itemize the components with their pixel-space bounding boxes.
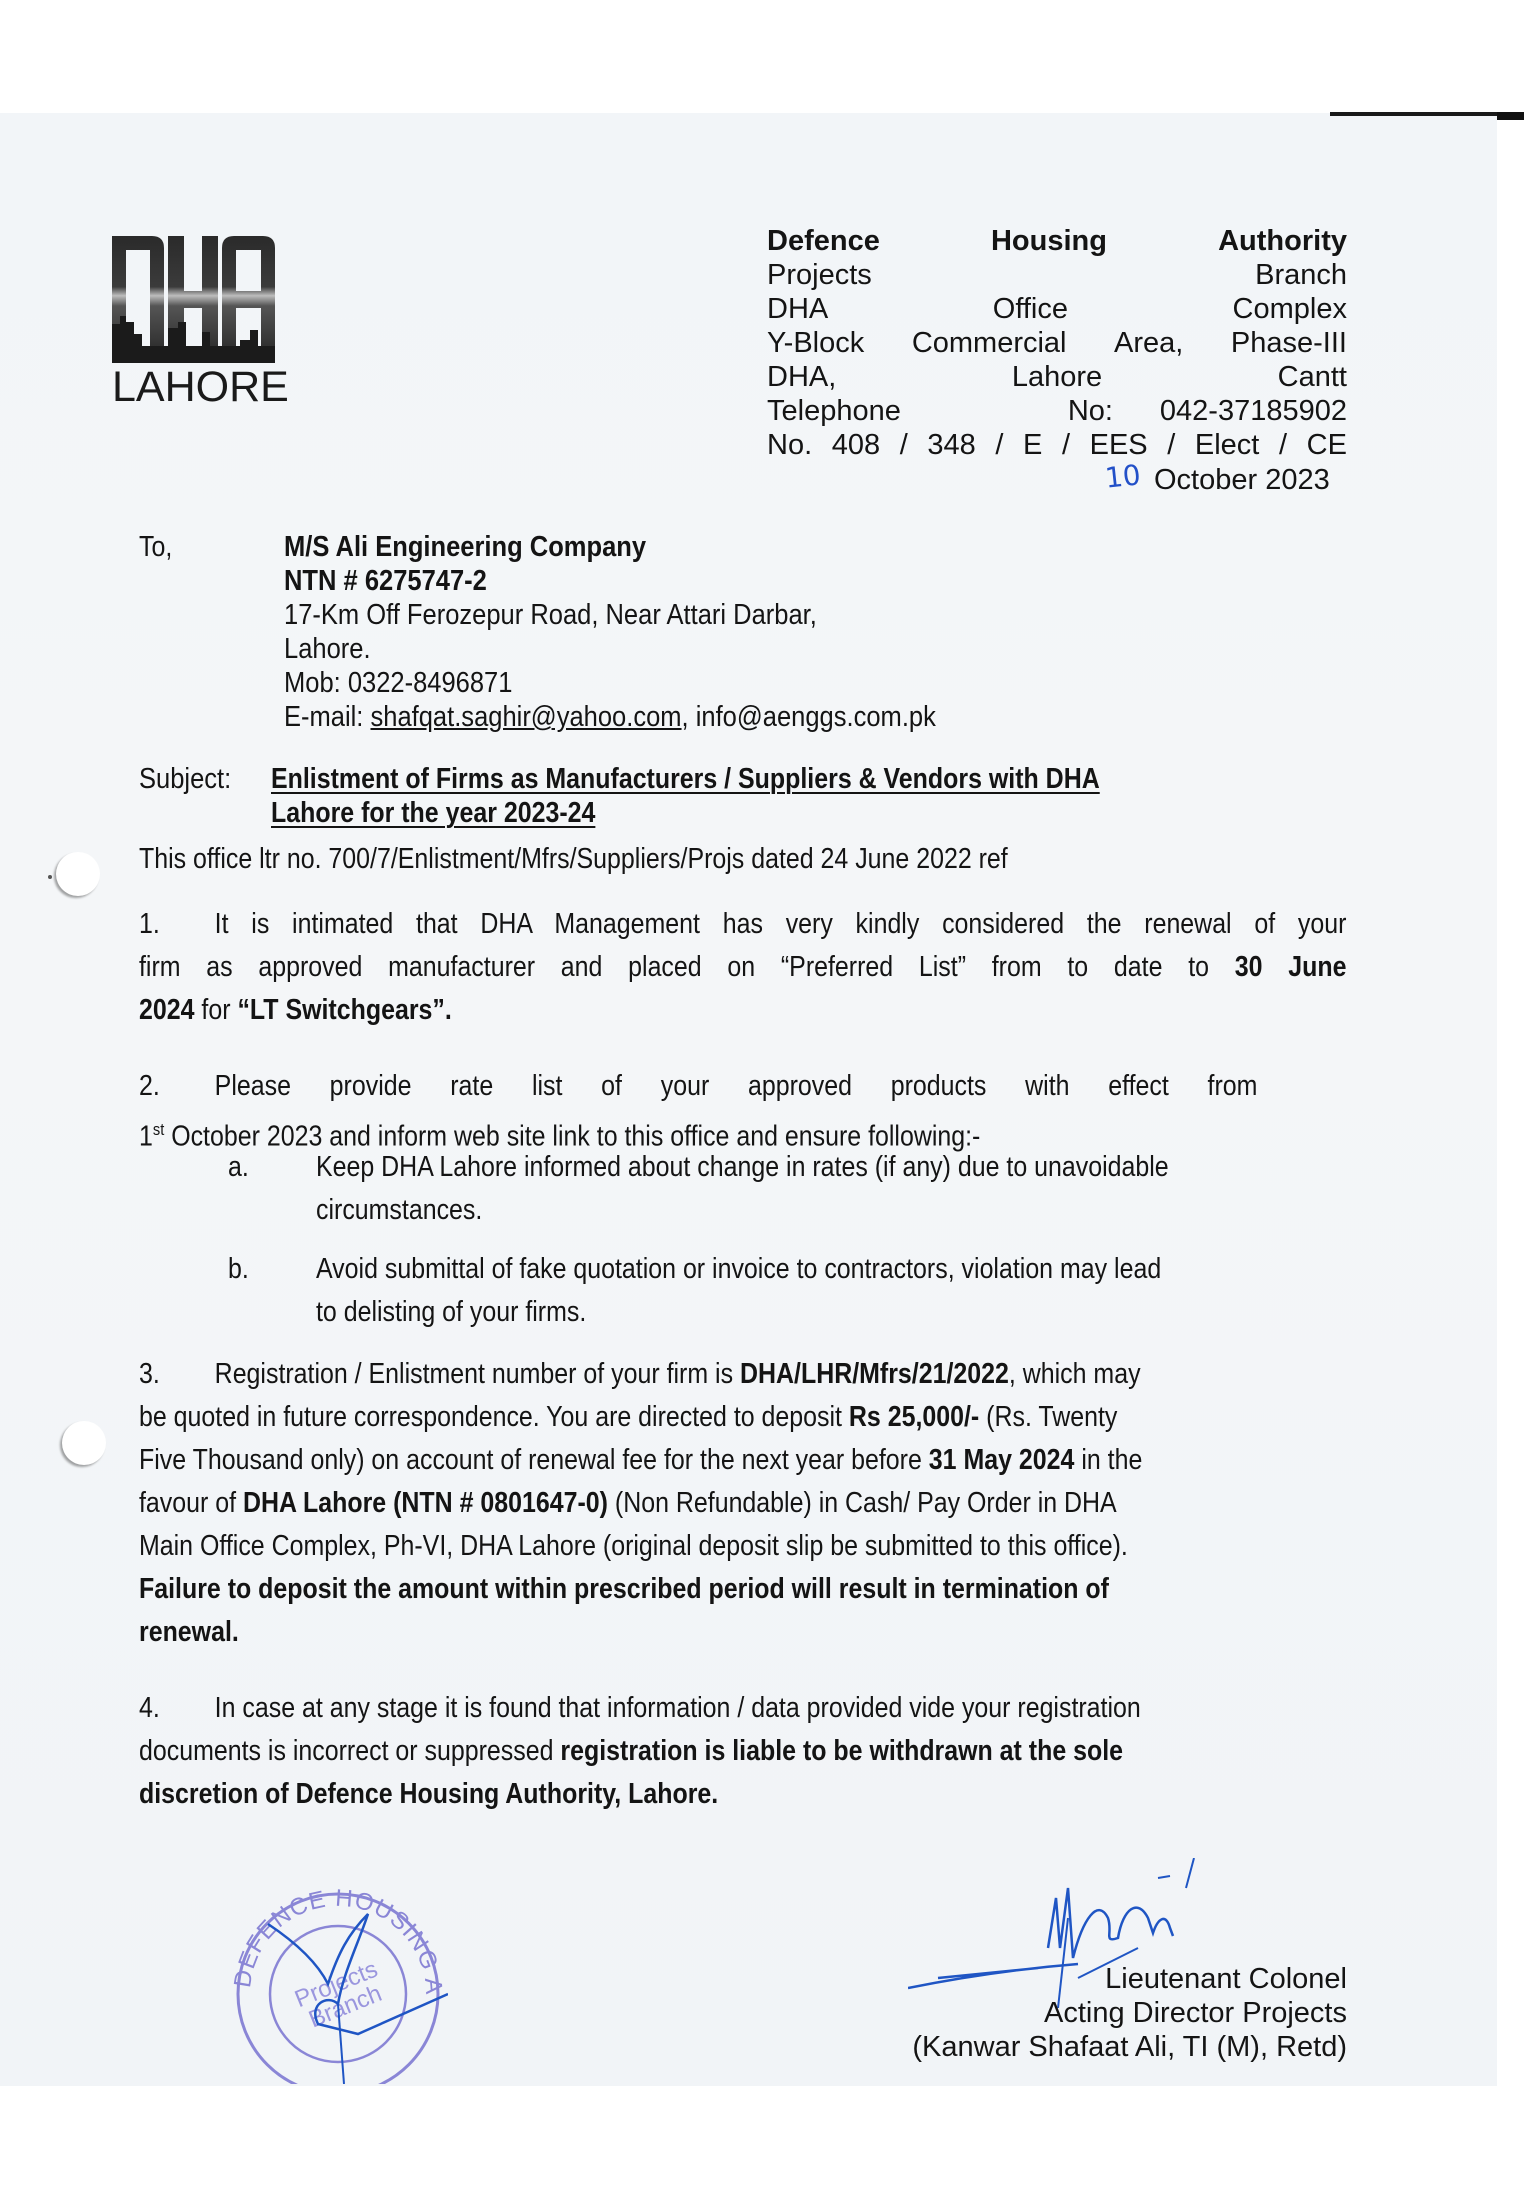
p3-warning: Failure to deposit the amount within pre… bbox=[139, 1568, 1109, 1611]
p2-text: 1st October 2023 and inform web site lin… bbox=[139, 1108, 980, 1151]
dha-skyline-logo-icon bbox=[112, 236, 275, 363]
lh-word: No. bbox=[767, 428, 812, 462]
registration-number: DHA/LHR/Mfrs/21/2022 bbox=[740, 1353, 1009, 1396]
scan-speck bbox=[48, 875, 52, 879]
lh-word: Phase-III bbox=[1231, 326, 1347, 360]
recipient-address-line1: 17-Km Off Ferozepur Road, Near Attari Da… bbox=[284, 598, 817, 632]
lh-word: Housing bbox=[991, 224, 1107, 258]
punch-hole bbox=[56, 852, 100, 896]
paragraph-number: 4. bbox=[139, 1687, 215, 1730]
lh-word: Commercial bbox=[912, 326, 1067, 360]
lh-word: EES bbox=[1090, 428, 1148, 462]
dha-logo: LAHORE bbox=[112, 236, 275, 409]
letterhead-line-block: Y-Block Commercial Area, Phase-III bbox=[767, 326, 1347, 360]
p1-bold-year: 2024 bbox=[139, 989, 194, 1032]
p3-line1: 3.Registration / Enlistment number of yo… bbox=[139, 1353, 1346, 1396]
paragraph-number: 1. bbox=[139, 903, 215, 946]
paragraph-3: 3.Registration / Enlistment number of yo… bbox=[139, 1353, 1346, 1654]
sub-item-b-line2: to delisting of your firms. bbox=[316, 1291, 1348, 1334]
subject-line2: Lahore for the year 2023-24 bbox=[271, 796, 595, 830]
p4-segment: documents is incorrect or suppressed bbox=[139, 1730, 560, 1773]
punch-hole bbox=[62, 1421, 106, 1465]
letterhead-line-city: DHA, Lahore Cantt bbox=[767, 360, 1347, 394]
letterhead-line-branch: Projects Branch bbox=[767, 258, 1347, 292]
sub-item-a-label: a. bbox=[228, 1146, 249, 1189]
email-label: E-mail: bbox=[284, 701, 371, 733]
lh-word: / bbox=[1062, 428, 1070, 462]
p4-warning: discretion of Defence Housing Authority,… bbox=[139, 1773, 718, 1816]
letter-date: October 2023 bbox=[1154, 463, 1330, 497]
recipient-ntn: NTN # 6275747-2 bbox=[284, 564, 487, 598]
sub-item-b-line1: Avoid submittal of fake quotation or inv… bbox=[316, 1248, 1348, 1291]
lh-word: DHA bbox=[767, 292, 828, 326]
paragraph-number: 2. bbox=[139, 1065, 215, 1108]
paragraph-4: 4.In case at any stage it is found that … bbox=[139, 1687, 1346, 1816]
letterhead-line-reference-number: No. 408 / 348 / E / EES / Elect / CE bbox=[767, 428, 1347, 462]
letterhead-line-office: DHA Office Complex bbox=[767, 292, 1347, 326]
p2-superscript: st bbox=[153, 1120, 164, 1139]
reference-line: This office ltr no. 700/7/Enlistment/Mfr… bbox=[139, 842, 1008, 876]
lh-word: No: bbox=[1068, 394, 1113, 428]
p3-segment: Registration / Enlistment number of your… bbox=[215, 1353, 740, 1396]
p3-line4: favour of DHA Lahore (NTN # 0801647-0) (… bbox=[139, 1482, 1346, 1525]
p4-line2: documents is incorrect or suppressed reg… bbox=[139, 1730, 1346, 1773]
paragraph-1: 1.It is intimated that DHA Management ha… bbox=[139, 903, 1346, 1032]
p1-text: firm as approved manufacturer and placed… bbox=[139, 946, 1346, 989]
sub-item-a-line1: Keep DHA Lahore informed about change in… bbox=[316, 1146, 1348, 1189]
scan-edge bbox=[1497, 112, 1524, 120]
lh-word: Cantt bbox=[1278, 360, 1347, 394]
scan-edge bbox=[1330, 112, 1524, 116]
subject-label: Subject: bbox=[139, 762, 231, 796]
p3-segment: favour of bbox=[139, 1482, 243, 1525]
p1-line1: 1.It is intimated that DHA Management ha… bbox=[139, 903, 1346, 946]
p2-line2: 1st October 2023 and inform web site lin… bbox=[139, 1108, 1346, 1151]
sub-item-a-line2: circumstances. bbox=[316, 1189, 1348, 1232]
p4-line3: discretion of Defence Housing Authority,… bbox=[139, 1773, 1346, 1816]
p3-segment: , which may bbox=[1009, 1353, 1141, 1396]
p3-segment: (Rs. Twenty bbox=[979, 1396, 1117, 1439]
p3-line5: Main Office Complex, Ph-VI, DHA Lahore (… bbox=[139, 1525, 1346, 1568]
p3-line2: be quoted in future correspondence. You … bbox=[139, 1396, 1346, 1439]
recipient-company: M/S Ali Engineering Company bbox=[284, 530, 646, 564]
email-link-primary[interactable]: shafqat.saghir@yahoo.com bbox=[371, 701, 682, 733]
subject-line1: Enlistment of Firms as Manufacturers / S… bbox=[271, 762, 1100, 796]
lh-word: / bbox=[900, 428, 908, 462]
lh-word: Projects bbox=[767, 258, 872, 292]
fee-amount: Rs 25,000/- bbox=[849, 1396, 979, 1439]
paragraph-number: 3. bbox=[139, 1353, 215, 1396]
lh-word: Authority bbox=[1218, 224, 1347, 258]
lh-word: Office bbox=[993, 292, 1068, 326]
p4-warning: registration is liable to be withdrawn a… bbox=[560, 1730, 1123, 1773]
p1-segment: firm as approved manufacturer and placed… bbox=[139, 951, 1235, 983]
lh-word: 408 bbox=[832, 428, 880, 462]
lh-word: / bbox=[995, 428, 1003, 462]
sub-item-b-label: b. bbox=[228, 1248, 249, 1291]
p1-segment: for bbox=[194, 989, 237, 1032]
p1-line2: firm as approved manufacturer and placed… bbox=[139, 946, 1346, 989]
p2-text: Please provide rate list of your approve… bbox=[215, 1065, 1347, 1108]
lh-word: CE bbox=[1307, 428, 1347, 462]
p1-bold-date: 30 June bbox=[1235, 951, 1347, 983]
paragraph-2: 2.Please provide rate list of your appro… bbox=[139, 1065, 1346, 1151]
to-label: To, bbox=[139, 530, 172, 564]
lh-word: Telephone bbox=[767, 394, 901, 428]
p4-line1: 4.In case at any stage it is found that … bbox=[139, 1687, 1346, 1730]
p2-line1: 2.Please provide rate list of your appro… bbox=[139, 1065, 1346, 1108]
email-secondary: , info@aenggs.com.pk bbox=[682, 701, 936, 733]
lh-word: Defence bbox=[767, 224, 880, 258]
letterhead-line-org: Defence Housing Authority bbox=[767, 224, 1347, 258]
p3-line3: Five Thousand only) on account of renewa… bbox=[139, 1439, 1346, 1482]
lh-word: 348 bbox=[927, 428, 975, 462]
lh-word: Branch bbox=[1255, 258, 1347, 292]
letterhead-line-telephone: Telephone No: 042-37185902 bbox=[767, 394, 1347, 428]
p2-segment: 1 bbox=[139, 1121, 153, 1153]
lh-word: Area, bbox=[1114, 326, 1183, 360]
lh-word: Elect bbox=[1195, 428, 1259, 462]
signatory-designation: Acting Director Projects bbox=[1044, 1996, 1347, 2030]
lh-word: / bbox=[1279, 428, 1287, 462]
lh-word: 042-37185902 bbox=[1160, 394, 1347, 428]
p1-line3: 2024 for “LT Switchgears”. bbox=[139, 989, 1346, 1032]
lh-word: / bbox=[1167, 428, 1175, 462]
p3-line7: renewal. bbox=[139, 1611, 1346, 1654]
p3-segment: Five Thousand only) on account of renewa… bbox=[139, 1439, 929, 1482]
lh-word: Lahore bbox=[1012, 360, 1102, 394]
p3-line6: Failure to deposit the amount within pre… bbox=[139, 1568, 1346, 1611]
p4-segment: In case at any stage it is found that in… bbox=[215, 1687, 1141, 1730]
p3-segment: in the bbox=[1074, 1439, 1142, 1482]
payee-ntn: DHA Lahore (NTN # 0801647-0) bbox=[243, 1482, 608, 1525]
signatory-name: (Kanwar Shafaat Ali, TI (M), Retd) bbox=[912, 2030, 1347, 2064]
p1-text: It is intimated that DHA Management has … bbox=[215, 903, 1347, 946]
signatory-rank: Lieutenant Colonel bbox=[1105, 1962, 1347, 1996]
lh-word: DHA, bbox=[767, 360, 836, 394]
recipient-address-line2: Lahore. bbox=[284, 632, 371, 666]
lh-word: Y-Block bbox=[767, 326, 864, 360]
logo-city-text: LAHORE bbox=[112, 365, 275, 409]
lh-word: E bbox=[1023, 428, 1042, 462]
dha-stamp-icon: DEFENCE HOUSING AUTHORITY LAHORE Project… bbox=[228, 1884, 448, 2084]
official-stamp: DEFENCE HOUSING AUTHORITY LAHORE Project… bbox=[228, 1884, 448, 2089]
handwritten-date-day: 10 bbox=[1103, 458, 1142, 495]
p3-warning: renewal. bbox=[139, 1611, 239, 1654]
recipient-mobile: Mob: 0322-8496871 bbox=[284, 666, 512, 700]
p3-segment: (Non Refundable) in Cash/ Pay Order in D… bbox=[608, 1482, 1117, 1525]
p1-bold-category: “LT Switchgears”. bbox=[237, 989, 451, 1032]
recipient-email-line: E-mail: shafqat.saghir@yahoo.com, info@a… bbox=[284, 700, 936, 734]
lh-word: Complex bbox=[1233, 292, 1347, 326]
p3-segment: be quoted in future correspondence. You … bbox=[139, 1396, 849, 1439]
sub-item-b: Avoid submittal of fake quotation or inv… bbox=[316, 1248, 1348, 1334]
deposit-deadline: 31 May 2024 bbox=[929, 1439, 1075, 1482]
sub-item-a: Keep DHA Lahore informed about change in… bbox=[316, 1146, 1348, 1232]
